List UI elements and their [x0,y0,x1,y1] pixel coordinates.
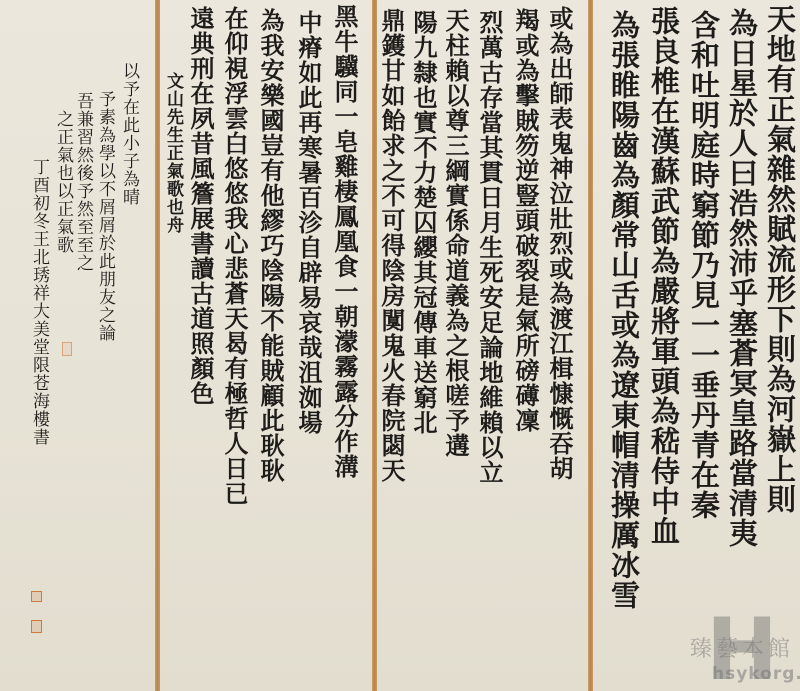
text-column: 烈萬古存當其貫日月生死安足論地維賴以立 [477,10,501,485]
text-column: 天柱賴以尊三綱實係命道義為之根嗟予遘 [443,8,467,458]
panel-2: 或為出師表鬼神泣壯烈或為渡江楫慷慨吞胡 羯或為擊賊笏逆豎頭破裂是氣所磅礡凜 烈萬… [377,0,588,691]
text-column: 張良椎在漢蘇武節為嚴將軍頭為嵇侍中血 [649,6,679,546]
watermark-url: hsykorg.cn [712,664,800,684]
seal-leading [62,342,72,356]
text-column: 在仰視浮雲白悠悠我心悲蒼天曷有極哲人日已 [222,6,246,506]
text-column: 或為出師表鬼神泣壯烈或為渡江楫慷慨吞胡 [547,6,571,481]
colophon-column: 予素為學以不屑屑於此朋友之論 [96,90,114,342]
text-column: 黑牛驥同一皂雞棲鳳凰食一朝濛霧露分作溝 [332,4,356,479]
colophon-column: 以予在此小子為晴 [120,62,138,206]
inscription-column: 文山先生正氣歌也舟 [164,72,182,234]
text-column: 陽九隸也實不力楚囚纓其冠傳車送窮北 [411,10,435,435]
text-column: 天地有正氣雜然賦流形下則為河嶽上則 [765,4,795,514]
signature-column: 丁酉初冬王北琇祥大美堂限苍海樓書 [30,158,48,446]
text-column: 中瘠如此再寒暑百沴自辟易哀哉沮洳場 [296,10,320,435]
text-column: 遠典刑在夙昔風簷展書讀古道照顏色 [188,6,212,406]
text-column: 為張睢陽齒為顏常山舌或為遼東帽清操厲冰雪 [609,10,639,610]
text-column: 羯或為擊賊笏逆豎頭破裂是氣所磅礡凜 [513,8,537,433]
panel-3: 黑牛驥同一皂雞棲鳳凰食一朝濛霧露分作溝 中瘠如此再寒暑百沴自辟易哀哉沮洳場 為我… [160,0,372,691]
panel-1: 天地有正氣雜然賦流形下則為河嶽上則 為日星於人曰浩然沛乎塞蒼冥皇路當清夷 含和吐… [593,0,800,691]
panel-colophon: 以予在此小子為晴 予素為學以不屑屑於此朋友之論 吾兼習然後予然至至之 之正氣也以… [0,0,155,691]
text-column: 鼎鑊甘如飴求之不可得陰房闃鬼火春院閟天 [379,8,403,483]
colophon-column: 之正氣也以正氣歌 [54,110,72,254]
seal-name [31,591,42,602]
text-column: 為日星於人曰浩然沛乎塞蒼冥皇路當清夷 [727,8,757,548]
colophon-column: 吾兼習然後予然至至之 [74,92,92,272]
text-column: 為我安樂國豈有他繆巧陰陽不能賊顧此耿耿 [258,8,282,483]
seal-studio [31,620,42,633]
text-column: 含和吐明庭時窮節乃見一一垂丹青在秦 [689,10,719,520]
watermark-site-name: 臻藝本館 [690,632,794,663]
calligraphy-screen: 以予在此小子為晴 予素為學以不屑屑於此朋友之論 吾兼習然後予然至至之 之正氣也以… [0,0,800,691]
